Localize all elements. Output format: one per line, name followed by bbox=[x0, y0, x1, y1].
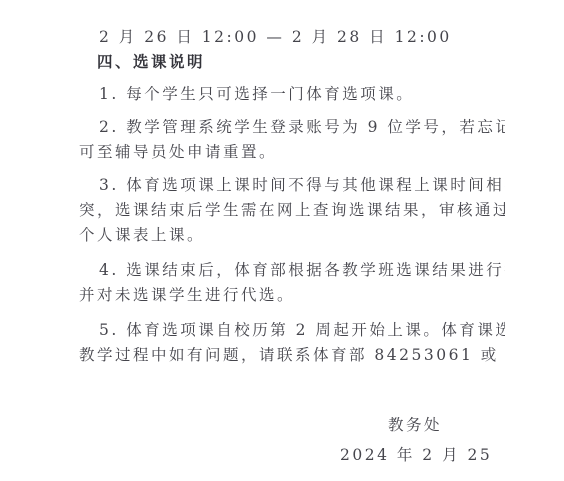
paragraph-1: 1. 每个学生只可选择一门体育选项课。 bbox=[79, 82, 505, 107]
paragraph-3: 3. 体育选项课上课时间不得与其他课程上课时间相冲 突，选课结束后学生需在网上查… bbox=[79, 173, 505, 248]
signature-department: 教务处 bbox=[340, 410, 490, 440]
section-heading: 四、选课说明 bbox=[79, 50, 505, 75]
paragraph-2: 2. 教学管理系统学生登录账号为 9 位学号，若忘记密码 可至辅导员处申请重置。 bbox=[79, 115, 505, 165]
notice-body: 2 月 26 日 12:00 — 2 月 28 日 12:00 四、选课说明 1… bbox=[79, 25, 505, 470]
text-line: 4. 选课结束后，体育部根据各教学班选课结果进行微调， bbox=[79, 258, 505, 283]
text-line: 突，选课结束后学生需在网上查询选课结果，审核通过后按 bbox=[79, 198, 505, 223]
schedule-time-range: 2 月 26 日 12:00 — 2 月 28 日 12:00 bbox=[79, 25, 505, 50]
notice-document: 2 月 26 日 12:00 — 2 月 28 日 12:00 四、选课说明 1… bbox=[0, 0, 564, 481]
text-line: 教学过程中如有问题，请联系体育部 84253061 或 84224522。 bbox=[79, 343, 505, 368]
text-line: 并对未选课学生进行代选。 bbox=[79, 283, 505, 308]
paragraph-5: 5. 体育选项课自校历第 2 周起开始上课。体育课选课及 教学过程中如有问题，请… bbox=[79, 318, 505, 368]
text-line: 3. 体育选项课上课时间不得与其他课程上课时间相冲 bbox=[79, 173, 505, 198]
paragraph-4: 4. 选课结束后，体育部根据各教学班选课结果进行微调， 并对未选课学生进行代选。 bbox=[79, 258, 505, 308]
text-line: 个人课表上课。 bbox=[79, 223, 505, 248]
text-line: 2. 教学管理系统学生登录账号为 9 位学号，若忘记密码 bbox=[79, 115, 505, 140]
signature-block: 教务处 2024 年 2 月 25 日 bbox=[340, 410, 490, 470]
text-line: 5. 体育选项课自校历第 2 周起开始上课。体育课选课及 bbox=[79, 318, 505, 343]
signature-date: 2024 年 2 月 25 日 bbox=[340, 440, 490, 470]
text-line: 可至辅导员处申请重置。 bbox=[79, 140, 505, 165]
text-line: 1. 每个学生只可选择一门体育选项课。 bbox=[79, 82, 505, 107]
